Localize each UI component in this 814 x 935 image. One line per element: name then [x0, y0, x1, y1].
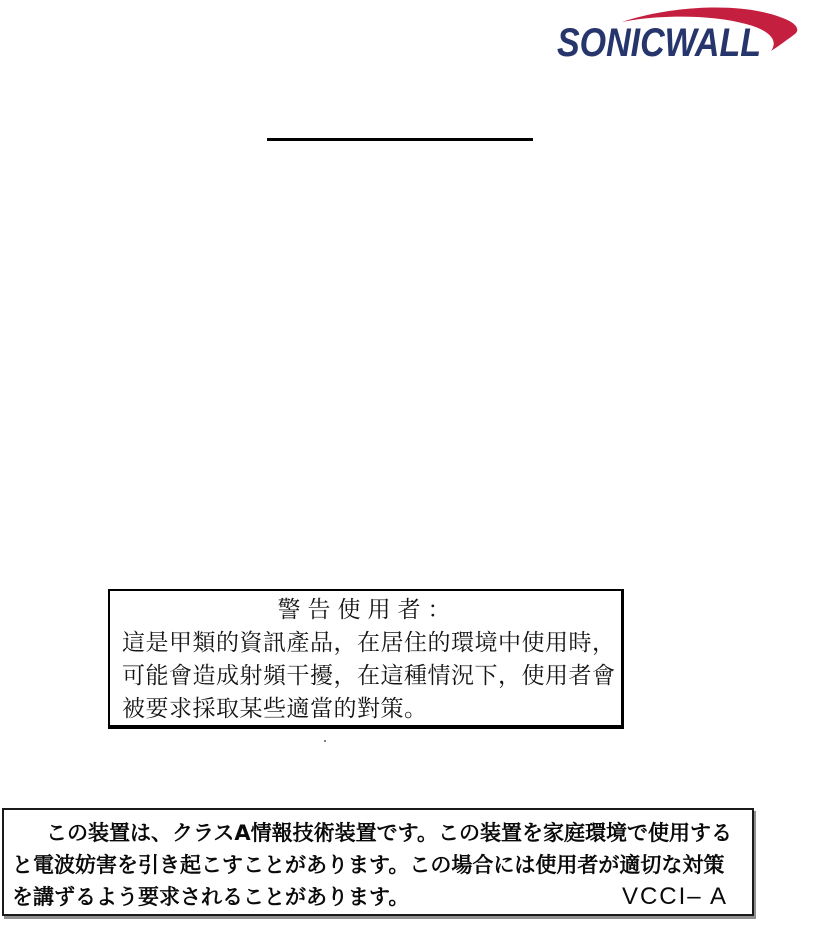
- taiwan-warning-title: 警告使用者：: [122, 594, 613, 627]
- taiwan-warning-line: 被要求採取某些適當的對策。: [122, 693, 613, 726]
- vcci-class-label: VCCI– A: [622, 881, 728, 913]
- title-underline: [267, 138, 533, 141]
- sonicwall-logo-graphic: SONICWALL: [551, 5, 809, 67]
- taiwan-warning-box: 警告使用者： 這是甲類的資訊產品，在居住的環境中使用時， 可能會造成射頻干擾，在…: [108, 589, 624, 729]
- logo-wordmark: SONICWALL: [557, 21, 761, 65]
- sonicwall-logo: SONICWALL: [551, 5, 809, 67]
- taiwan-warning-line: 可能會造成射頻干擾，在這種情況下，使用者會: [122, 660, 613, 693]
- document-page: SONICWALL 警告使用者： 這是甲類的資訊產品，在居住的環境中使用時， 可…: [0, 0, 814, 935]
- vcci-notice-box: この装置は、クラスA情報技術装置です。この装置を家庭環境で使用する と電波妨害を…: [2, 808, 754, 916]
- vcci-notice-last-line: を講ずるよう要求されることがあります。 VCCI– A: [12, 881, 742, 913]
- vcci-notice-line: と電波妨害を引き起こすことがあります。この場合には使用者が適切な対策: [12, 849, 742, 881]
- vcci-notice-line: を講ずるよう要求されることがあります。: [12, 881, 409, 913]
- stray-dot: [324, 740, 326, 742]
- taiwan-warning-line: 這是甲類的資訊產品，在居住的環境中使用時，: [122, 627, 613, 660]
- vcci-notice-line: この装置は、クラスA情報技術装置です。この装置を家庭環境で使用する: [12, 817, 742, 849]
